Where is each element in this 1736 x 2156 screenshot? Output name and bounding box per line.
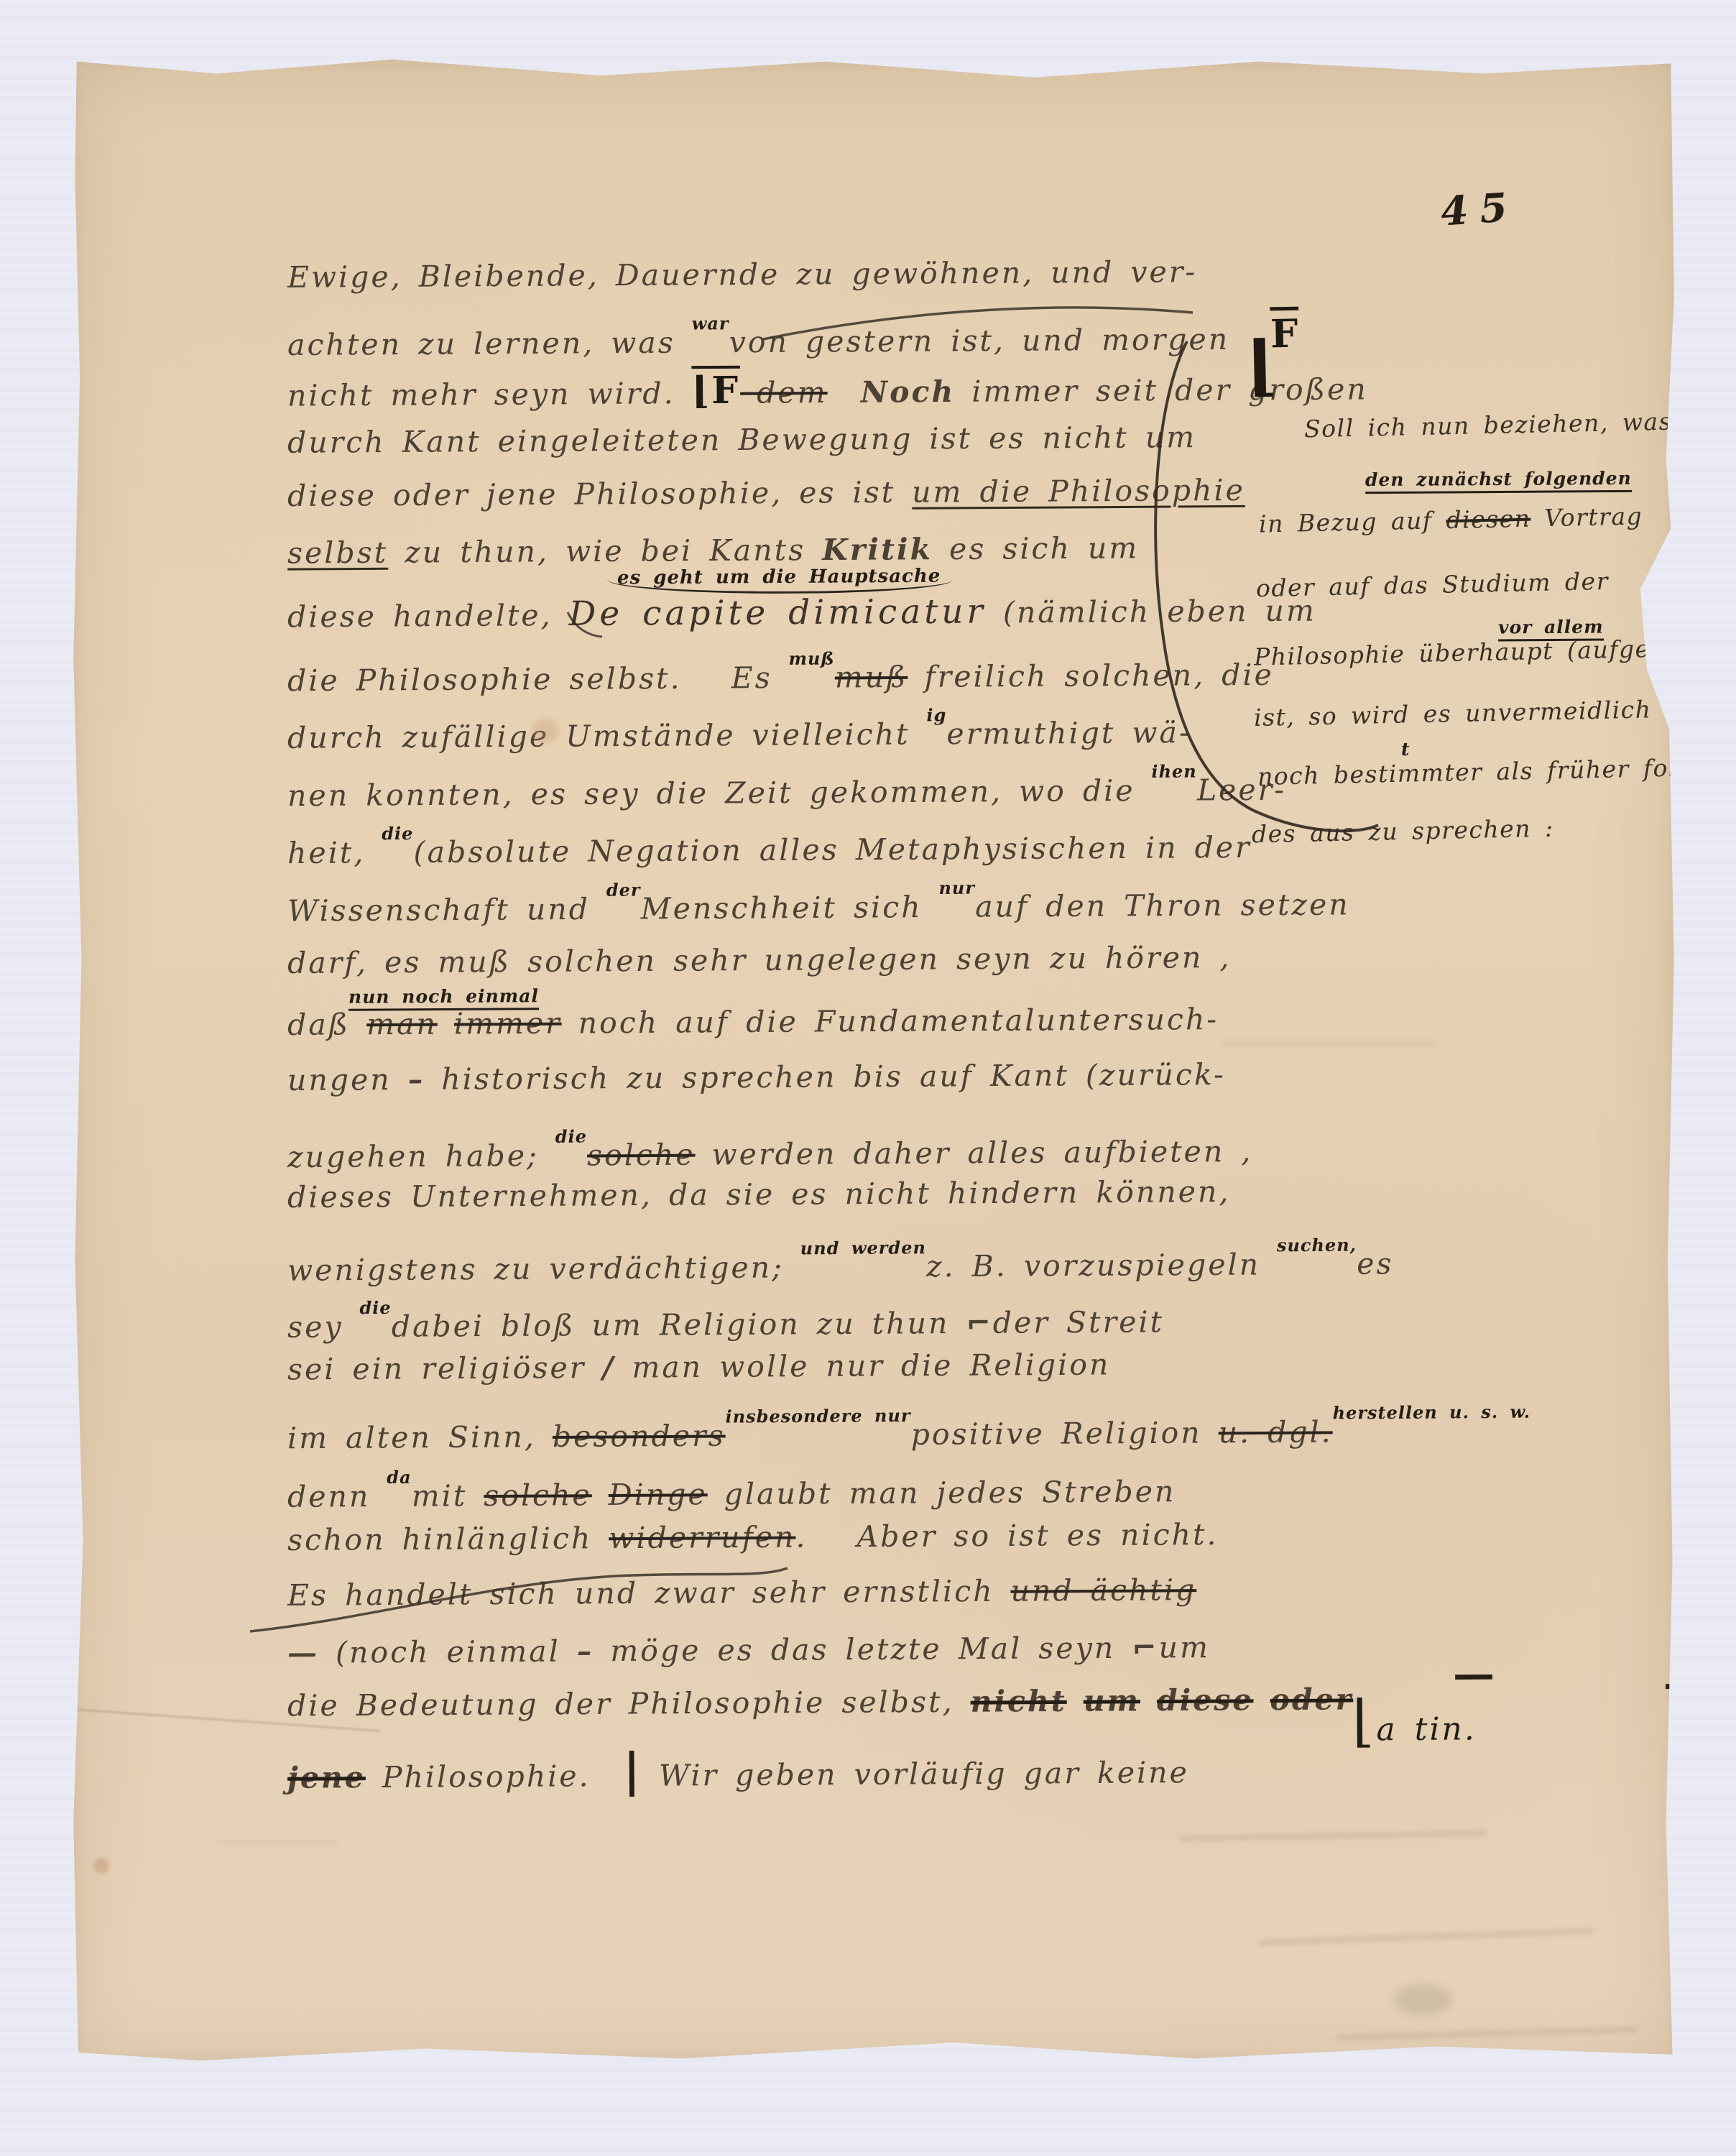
main-text-line: ungen – historisch zu sprechen bis auf K… — [287, 1057, 1226, 1097]
main-text-line: denn damit solche Dinge glaubt man jedes… — [287, 1462, 1176, 1514]
text-segment: vor allem — [1498, 617, 1604, 638]
text-segment: die Bedeutung der Philosophie selbst, — [287, 1685, 971, 1723]
text-segment: nen konnten, es sey die Zeit gekommen, w… — [287, 773, 1152, 813]
text-segment — [827, 375, 860, 410]
text-segment — [592, 1478, 609, 1512]
text-segment: – — [577, 1634, 594, 1668]
text-segment: nicht — [970, 1684, 1066, 1719]
text-segment: | — [623, 1743, 642, 1797]
text-segment: nicht mehr seyn wird. — [287, 376, 692, 413]
text-segment: immer seit der großen — [955, 372, 1368, 409]
ink-dash: — — [1663, 1659, 1707, 1708]
main-text-line: sei ein religiöser / man wolle nur die R… — [287, 1347, 1111, 1387]
margin-note-line: Soll ich nun beziehen, was — [1304, 407, 1673, 443]
text-segment: es sich um — [933, 530, 1140, 566]
main-text-line: wenigstens zu verdächtigen; und werdenz.… — [287, 1234, 1394, 1287]
text-segment: Kritik — [822, 532, 933, 567]
handwritten-text-layer: Ewige, Bleibende, Dauernde zu gewöhnen, … — [72, 57, 1676, 2063]
main-text-line: Wissenschaft und derMenschheit sich nura… — [287, 875, 1350, 928]
main-text-line: heit, die(absolute Negation alles Metaph… — [287, 818, 1252, 870]
text-segment: auf den Thron setzen — [975, 887, 1350, 923]
text-segment: herstellen u. s. w. — [1332, 1401, 1530, 1424]
text-segment: solche — [484, 1478, 592, 1513]
text-segment: dieses Unternehmen, da sie es nicht hind… — [287, 1174, 1231, 1215]
main-text-line: Ewige, Bleibende, Dauernde zu gewöhnen, … — [287, 254, 1197, 295]
text-segment: Es handelt sich und zwar sehr ernstlich — [287, 1574, 1011, 1613]
text-segment: / — [602, 1350, 615, 1385]
main-text-line: jene Philosophie. | Wir geben vorläufig … — [287, 1740, 1189, 1800]
text-segment: ungen — [287, 1062, 408, 1097]
text-segment — [1140, 1683, 1157, 1718]
text-segment: solche — [587, 1138, 696, 1173]
text-segment: und werden — [800, 1237, 926, 1258]
text-segment: oder auf das Studium der — [1256, 567, 1610, 602]
margin-note-line: Philosophie überhaupt (aufgeschrieben — [1254, 632, 1736, 671]
text-segment: achten zu lernen, was — [287, 326, 692, 362]
text-segment — [1253, 1682, 1270, 1717]
text-segment: ⌊ — [1245, 326, 1279, 405]
text-segment: dabei bloß um Religion zu thun — [392, 1306, 966, 1344]
text-segment: werden daher alles aufbieten , — [695, 1134, 1252, 1172]
text-segment: der Streit — [993, 1304, 1164, 1340]
main-text-line: die Bedeutung der Philosophie selbst, ni… — [287, 1682, 1354, 1723]
main-text-line: im alten Sinn, besondersinsbesondere nur… — [287, 1401, 1531, 1456]
text-segment: positive Religion — [911, 1415, 1219, 1452]
main-text-line: zugehen habe; diesolche werden daher all… — [287, 1122, 1253, 1174]
text-segment: dem — [740, 375, 828, 410]
main-text-line: darf, es muß solchen sehr ungelegen seyn… — [287, 940, 1232, 980]
text-segment: De capite dimicatur — [568, 591, 987, 634]
text-segment: jene — [287, 1760, 366, 1795]
margin-bracket: ⌊ — [1245, 351, 1278, 395]
text-segment: denn — [287, 1479, 387, 1514]
main-text-line: dieses Unternehmen, da sie es nicht hind… — [287, 1174, 1231, 1215]
text-segment: zu thun, wie bei Kants — [388, 533, 822, 570]
text-segment: noch bestimmter als früher folgen- — [1257, 752, 1735, 791]
text-segment — [1067, 1684, 1084, 1718]
text-segment: Philosophie überhaupt (aufgeschrieben — [1254, 632, 1736, 671]
text-segment: es — [1357, 1246, 1394, 1281]
text-segment: nur — [938, 877, 975, 898]
main-text-line: nicht mehr seyn wird. ⌊F dem Noch immer … — [287, 364, 1368, 415]
text-segment: darf, es muß solchen sehr ungelegen seyn… — [287, 940, 1232, 980]
text-segment: um — [1158, 1630, 1210, 1664]
text-segment: diese oder jene Philosophie, es ist — [287, 475, 912, 513]
text-segment: die — [555, 1126, 587, 1147]
text-segment: man — [366, 1007, 438, 1042]
scan-background: 45 23 Ewige, Bleibende, Dauernde zu gewö… — [0, 0, 1736, 2156]
text-segment: sei ein religiöser — [287, 1350, 603, 1387]
text-segment: ermuthigt wä- — [946, 715, 1191, 751]
text-segment: ist, so wird es unvermeidlich seyn, — [1254, 694, 1733, 732]
text-segment: da — [387, 1467, 412, 1488]
text-segment: glaubt man jedes Streben — [708, 1474, 1176, 1511]
text-segment: der — [606, 880, 641, 900]
text-segment: im alten Sinn, — [287, 1419, 553, 1455]
text-segment: insbesondere nur — [725, 1405, 910, 1427]
ink-dash: — — [1453, 1649, 1497, 1698]
text-segment: des aus zu sprechen : — [1252, 814, 1554, 849]
main-text-line: durch zufällige Umstände vielleicht iger… — [287, 703, 1191, 755]
text-segment: diese — [1157, 1682, 1254, 1718]
text-segment: muß — [835, 660, 908, 695]
text-segment: (noch einmal — [319, 1634, 577, 1669]
text-segment: möge es das letzte Mal seyn — [594, 1631, 1132, 1669]
text-segment: die — [359, 1297, 391, 1318]
text-segment: Philosophie. — [366, 1759, 624, 1795]
main-text-line: diese oder jene Philosophie, es ist um d… — [287, 473, 1245, 513]
text-segment: durch Kant eingeleiteten Bewegung ist es… — [287, 420, 1196, 460]
text-segment: . Aber so ist es nicht. — [795, 1517, 1218, 1554]
main-text-line: achten zu lernen, was warvon gestern ist… — [287, 310, 1229, 362]
main-text-line: — (noch einmal – möge es das letzte Mal … — [287, 1630, 1210, 1670]
text-segment: Wir geben vorläufig gar keine — [642, 1755, 1189, 1793]
interline-insertion: es geht um die Hauptsache — [607, 566, 953, 595]
margin-note-line: oder auf das Studium der — [1256, 567, 1610, 602]
text-segment: den zunächst folgenden — [1365, 468, 1632, 490]
main-text-line: Es handelt sich und zwar sehr ernstlich … — [287, 1572, 1197, 1613]
text-segment: t — [1401, 739, 1410, 760]
text-segment: heit, — [287, 835, 382, 870]
text-segment: ihen — [1151, 761, 1196, 782]
text-segment: mit — [412, 1478, 484, 1514]
main-text-line: die Philosophie selbst. Es mußmuß freili… — [287, 645, 1274, 698]
text-segment: u. dgl. — [1218, 1414, 1332, 1450]
text-segment: immer — [454, 1006, 562, 1041]
interline-insertion: den zunächst folgenden — [1365, 468, 1632, 494]
text-segment: a tin. — [1376, 1710, 1477, 1748]
text-segment: – — [408, 1062, 425, 1097]
text-segment: war — [692, 313, 729, 333]
main-text-line: durch Kant eingeleiteten Bewegung ist es… — [287, 420, 1196, 460]
text-segment: es geht um die Hauptsache — [617, 566, 941, 589]
text-segment: zugehen habe; — [287, 1138, 555, 1174]
text-segment — [438, 1007, 454, 1041]
text-segment: schon hinlänglich — [287, 1521, 609, 1557]
main-text-line: diese handelte, De capite dimicatur (näm… — [287, 590, 1316, 636]
text-segment: durch zufällige Umstände vielleicht — [287, 717, 927, 755]
text-segment: wenigstens zu verdächtigen; — [287, 1250, 800, 1287]
text-segment: ⌐ — [1132, 1631, 1159, 1665]
text-segment: daß — [287, 1007, 366, 1042]
text-segment: Menschheit sich — [641, 890, 939, 926]
interline-insertion: t — [1401, 739, 1410, 760]
text-segment: selbst — [287, 535, 388, 571]
text-segment: diesen — [1446, 505, 1531, 534]
text-segment: sey — [287, 1309, 360, 1345]
text-segment: nun noch einmal — [348, 985, 539, 1008]
text-segment: um — [1084, 1683, 1140, 1718]
text-segment: — — [1453, 1649, 1497, 1698]
text-segment: Wissenschaft und — [287, 892, 606, 929]
margin-note-line: in Bezug auf diesen Vortrag — [1259, 502, 1643, 538]
main-text-line: sey diedabei bloß um Religion zu thun ⌐d… — [287, 1292, 1164, 1344]
text-segment: besonders — [553, 1419, 726, 1454]
text-segment: ⌊ — [1352, 1689, 1377, 1754]
text-segment: Ewige, Bleibende, Dauernde zu gewöhnen, … — [287, 254, 1197, 295]
torn-paper-patch — [1716, 632, 1736, 769]
margin-note-line: ist, so wird es unvermeidlich seyn, — [1254, 694, 1733, 732]
text-segment: oder — [1270, 1682, 1353, 1717]
manuscript-paper: 45 23 Ewige, Bleibende, Dauernde zu gewö… — [72, 57, 1676, 2063]
text-segment: muß — [788, 648, 834, 669]
text-segment: ⌊F — [691, 369, 740, 413]
text-segment: von gestern ist, und morgen — [729, 322, 1230, 359]
margin-note-line: des aus zu sprechen : — [1252, 814, 1554, 849]
text-segment: Dinge — [609, 1477, 708, 1512]
text-segment: z. B. vorzuspiegeln — [926, 1247, 1277, 1284]
text-segment: widerrufen — [609, 1520, 795, 1556]
margin-note-line: noch bestimmter als früher folgen- — [1257, 752, 1735, 791]
text-segment: (absolute Negation alles Metaphysischen … — [413, 830, 1251, 870]
corner-folio-number-pencil: 23 — [1692, 142, 1735, 182]
main-text-line: daß man immer noch auf die Fundamentalun… — [287, 1002, 1219, 1042]
text-segment: Soll ich nun beziehen, was — [1304, 407, 1673, 443]
text-segment: ig — [926, 704, 946, 725]
main-text-line: selbst zu thun, wie bei Kants Kritik es … — [287, 530, 1139, 570]
text-segment: historisch zu sprechen bis auf Kant (zur… — [425, 1057, 1226, 1097]
text-segment: ⌐ — [966, 1306, 993, 1340]
text-segment: Vortrag — [1530, 502, 1643, 532]
latin-note: ⌊a tin. — [1352, 1706, 1477, 1748]
text-segment: Noch — [861, 374, 956, 410]
text-segment: — — [1663, 1659, 1707, 1708]
text-segment: noch auf die Fundamentaluntersuch- — [561, 1002, 1219, 1041]
main-text-line: schon hinlänglich widerrufen. Aber so is… — [287, 1517, 1219, 1557]
text-segment: die — [382, 823, 413, 844]
text-segment: freilich solchen, die — [908, 658, 1274, 694]
text-segment: und ächtig — [1010, 1572, 1196, 1608]
text-segment: man wolle nur die Religion — [615, 1347, 1110, 1385]
text-segment: in Bezug auf — [1259, 506, 1446, 538]
text-segment: suchen, — [1277, 1235, 1357, 1256]
text-segment: die Philosophie selbst. Es — [287, 660, 789, 698]
text-segment: um die Philosophie — [912, 473, 1245, 510]
text-segment: diese handelte, — [287, 598, 569, 634]
text-segment: — — [287, 1636, 319, 1670]
main-text-line: nen konnten, es sey die Zeit gekommen, w… — [287, 760, 1286, 813]
